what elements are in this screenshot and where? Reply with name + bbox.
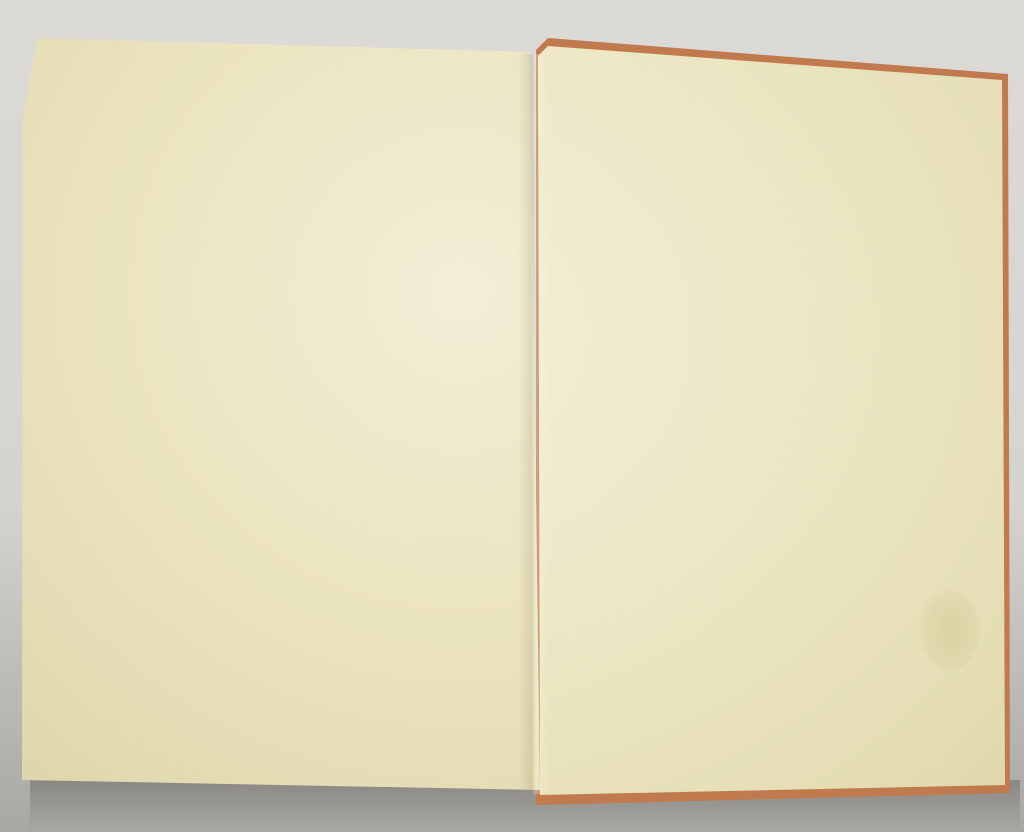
photo-scene [0, 0, 1024, 832]
book-gutter [518, 54, 548, 794]
paper-stain [920, 590, 980, 670]
